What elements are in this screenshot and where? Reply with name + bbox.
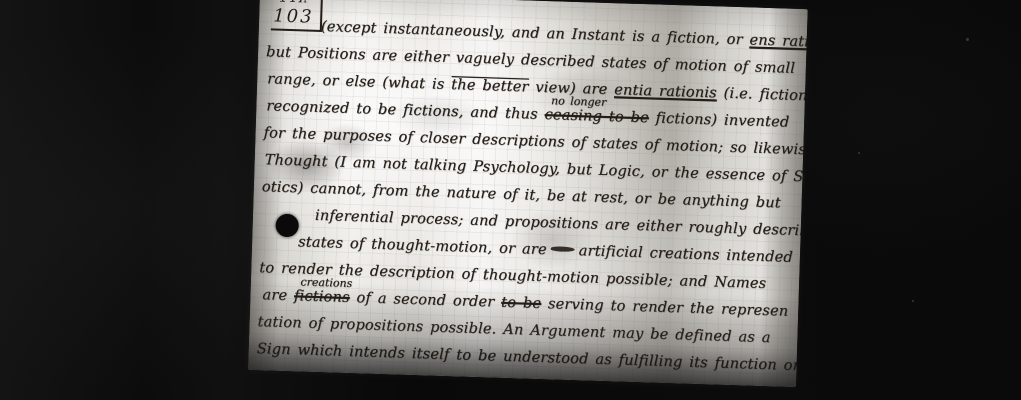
manuscript-text: ceasing to beno longer <box>544 107 649 126</box>
dust-speck <box>858 152 860 154</box>
manuscript-text: fictionscreations <box>294 288 350 306</box>
manuscript-text: the better <box>451 77 529 95</box>
manuscript-text: artificial creations intended <box>578 243 793 266</box>
manuscript-text: range, or else (what is <box>267 71 452 93</box>
manuscript-lines: (except instantaneously, and an Instant … <box>256 12 805 380</box>
inserted-word-above: creations <box>300 276 352 289</box>
manuscript-text: (i.e. fictions <box>717 85 808 104</box>
manuscript-text: to be <box>501 295 542 312</box>
manuscript-text: ens rationis <box>749 32 807 51</box>
manuscript-text: are <box>262 287 294 304</box>
scan-background: 11λ 103 (except instantaneously, and an … <box>0 0 1021 400</box>
inserted-word-above: no longer <box>551 95 607 108</box>
manuscript-text: entia rationis <box>614 82 717 101</box>
manuscript-text: recognized to be fictions, and thus <box>266 98 545 123</box>
scribbled-out-word <box>550 246 575 252</box>
manuscript-text: of a second order <box>349 290 501 311</box>
dust-speck <box>912 300 914 302</box>
manuscript-text: states of thought-motion, or are <box>298 234 547 258</box>
manuscript-text: serving to render the represen <box>541 296 789 320</box>
dust-speck <box>966 38 969 41</box>
manuscript-text: fictions) invented <box>649 110 790 130</box>
manuscript-page: 11λ 103 (except instantaneously, and an … <box>248 0 808 387</box>
